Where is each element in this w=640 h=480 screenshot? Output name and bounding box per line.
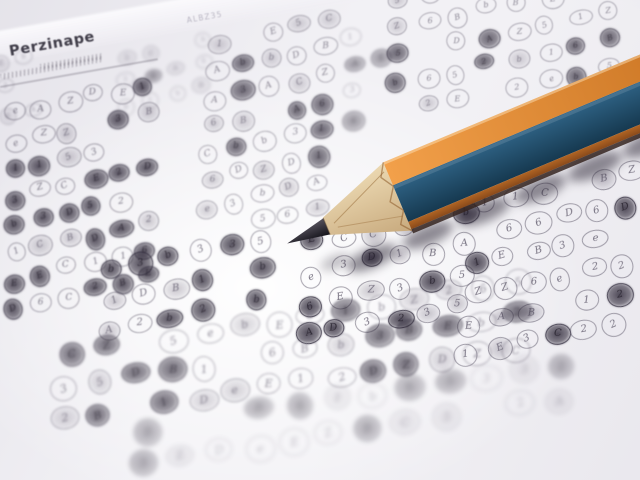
- photo: Perzinape ALBZ35 2CA3ZA6B5bBEb26AeAZDE1e…: [0, 0, 640, 480]
- pencil: [0, 0, 640, 480]
